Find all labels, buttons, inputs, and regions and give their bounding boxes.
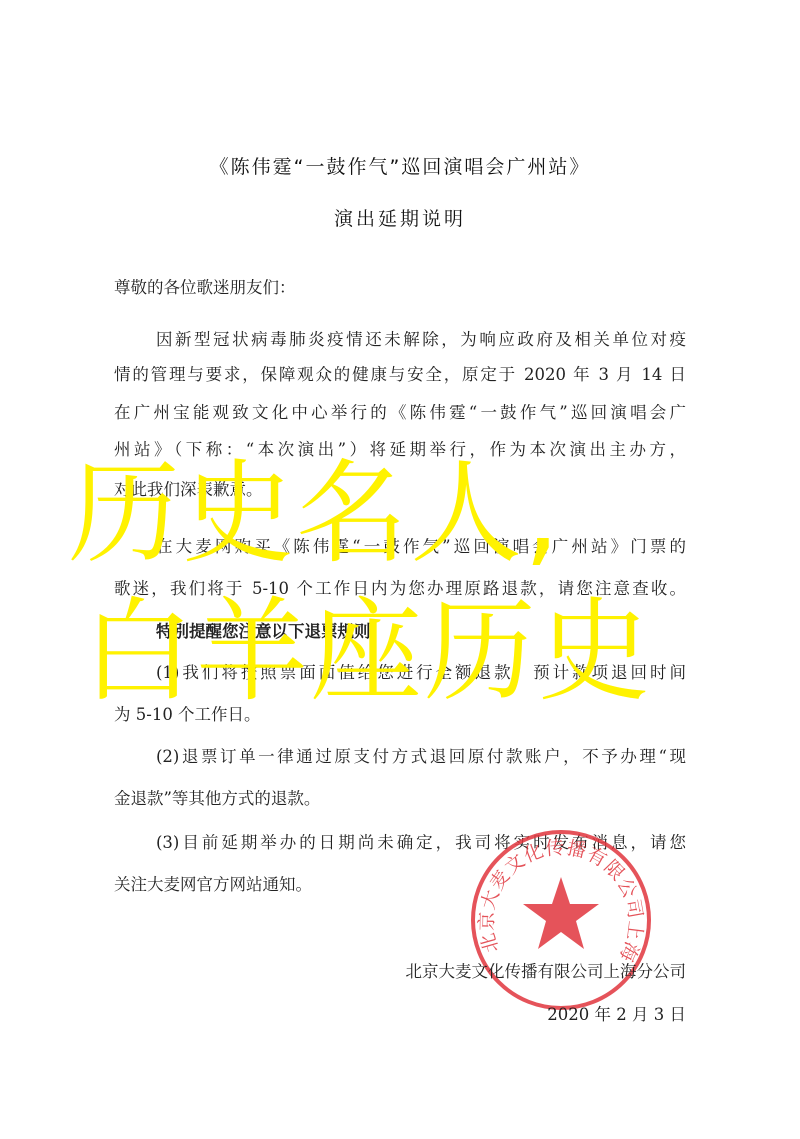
paragraph1-line: 在广州宝能观致文化中心举行的《陈伟霆“一鼓作气”巡回演唱会广 xyxy=(114,403,686,423)
date: 2020 年 2 月 3 日 xyxy=(114,1005,686,1025)
salutation: 尊敬的各位歌迷朋友们： xyxy=(114,278,686,298)
company-seal: 北京大麦文化传播有限公司上海分公司 xyxy=(466,825,656,1015)
overlay-text-line1: 历史名人, xyxy=(68,458,562,570)
document-page: 《陈伟霆“一鼓作气”巡回演唱会广州站》 演出延期说明 尊敬的各位歌迷朋友们： 因… xyxy=(0,0,800,1139)
rule-line: 金退款”等其他方式的退款。 xyxy=(114,789,686,809)
document-subtitle: 演出延期说明 xyxy=(0,204,800,231)
document-title: 《陈伟霆“一鼓作气”巡回演唱会广州站》 xyxy=(0,152,800,179)
star-icon: 北京大麦文化传播有限公司上海分公司 xyxy=(466,825,656,1015)
paragraph1-line: 情的管理与要求，保障观众的健康与安全，原定于 2020 年 3 月 14 日 xyxy=(114,365,686,385)
signature: 北京大麦文化传播有限公司上海分公司 xyxy=(114,962,686,982)
overlay-text-line2: 白羊座历史 xyxy=(82,596,652,708)
paragraph1-line: 因新型冠状病毒肺炎疫情还未解除，为响应政府及相关单位对疫 xyxy=(156,330,686,350)
rule-line: (2)退票订单一律通过原支付方式退回原付款账户，不予办理“现 xyxy=(156,747,686,767)
